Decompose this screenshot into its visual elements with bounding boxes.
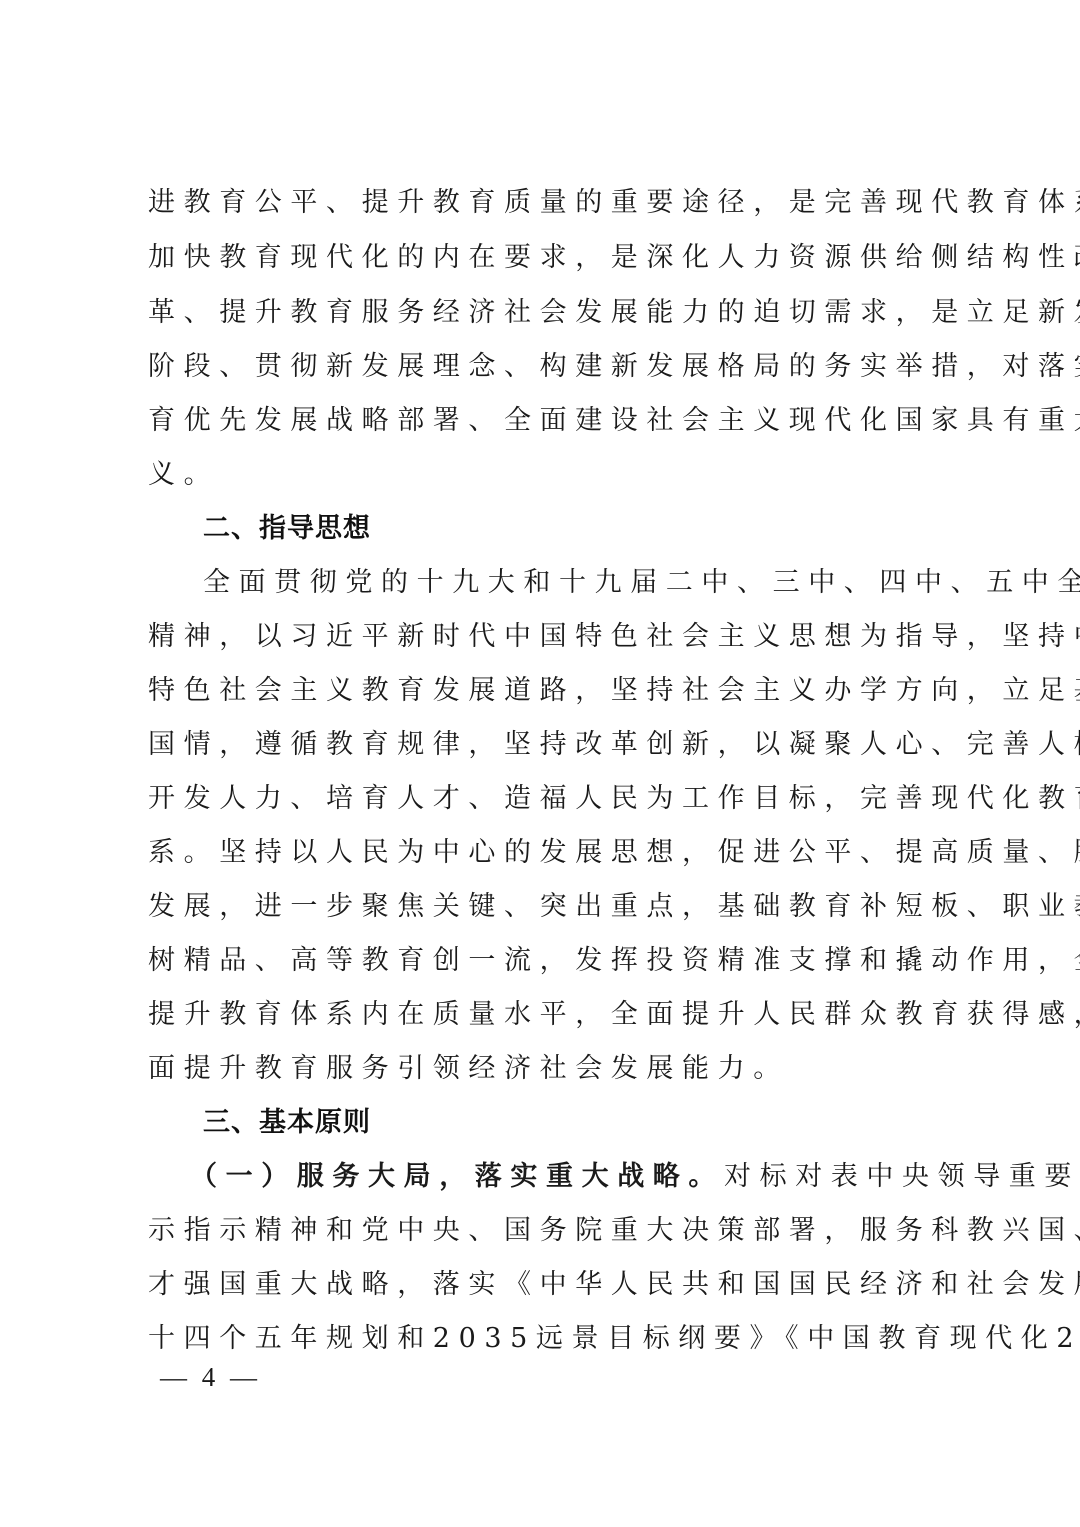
document-page: 进教育公平、提升教育质量的重要途径，是完善现代教育体系、 加快教育现代化的内在要… bbox=[0, 0, 1080, 1527]
body-text-line: 革、提升教育服务经济社会发展能力的迫切需求，是立足新发展 bbox=[148, 298, 948, 328]
principle-1-text: 对标对表中央领导重要批 bbox=[724, 1161, 1080, 1192]
principle-1-line: （一）服务大局，落实重大战略。对标对表中央领导重要批 bbox=[190, 1162, 990, 1192]
body-text-line: 义。 bbox=[148, 460, 948, 490]
section-heading-basic-principles: 三、基本原则 bbox=[203, 1108, 1003, 1138]
body-text-line: 阶段、贯彻新发展理念、构建新发展格局的务实举措，对落实教 bbox=[148, 352, 948, 382]
body-text-line: 加快教育现代化的内在要求，是深化人力资源供给侧结构性改 bbox=[148, 243, 948, 273]
body-text-line: 育优先发展战略部署、全面建设社会主义现代化国家具有重大意 bbox=[148, 406, 948, 436]
body-text-line: 系。坚持以人民为中心的发展思想，促进公平、提高质量、服务 bbox=[148, 838, 948, 868]
body-text-line: 特色社会主义教育发展道路，坚持社会主义办学方向，立足基本 bbox=[148, 676, 948, 706]
body-text-line: 十四个五年规划和2035远景目标纲要》《中国教育现代化2035》 bbox=[148, 1324, 948, 1354]
body-text-line: 才强国重大战略，落实《中华人民共和国国民经济和社会发展第 bbox=[148, 1270, 948, 1300]
page-number: — 4 — bbox=[160, 1362, 261, 1393]
body-text-line: 进教育公平、提升教育质量的重要途径，是完善现代教育体系、 bbox=[148, 188, 948, 218]
body-text-line: 国情，遵循教育规律，坚持改革创新，以凝聚人心、完善人格、 bbox=[148, 730, 948, 760]
body-text-line: 树精品、高等教育创一流，发挥投资精准支撑和撬动作用，全面 bbox=[148, 946, 948, 976]
body-text-line: 提升教育体系内在质量水平，全面提升人民群众教育获得感，全 bbox=[148, 1000, 948, 1030]
body-text-line: 开发人力、培育人才、造福人民为工作目标，完善现代化教育体 bbox=[148, 784, 948, 814]
body-text-line: 全面贯彻党的十九大和十九届二中、三中、四中、五中全会 bbox=[203, 568, 1003, 598]
body-text-line: 面提升教育服务引领经济社会发展能力。 bbox=[148, 1054, 948, 1084]
body-text-line: 发展，进一步聚焦关键、突出重点，基础教育补短板、职业教育 bbox=[148, 892, 948, 922]
body-text-line: 精神，以习近平新时代中国特色社会主义思想为指导，坚持中国 bbox=[148, 622, 948, 652]
principle-1-title: （一）服务大局，落实重大战略。 bbox=[190, 1161, 724, 1192]
section-heading-guiding-ideology: 二、指导思想 bbox=[203, 514, 1003, 544]
body-text-line: 示指示精神和党中央、国务院重大决策部署，服务科教兴国、人 bbox=[148, 1216, 948, 1246]
